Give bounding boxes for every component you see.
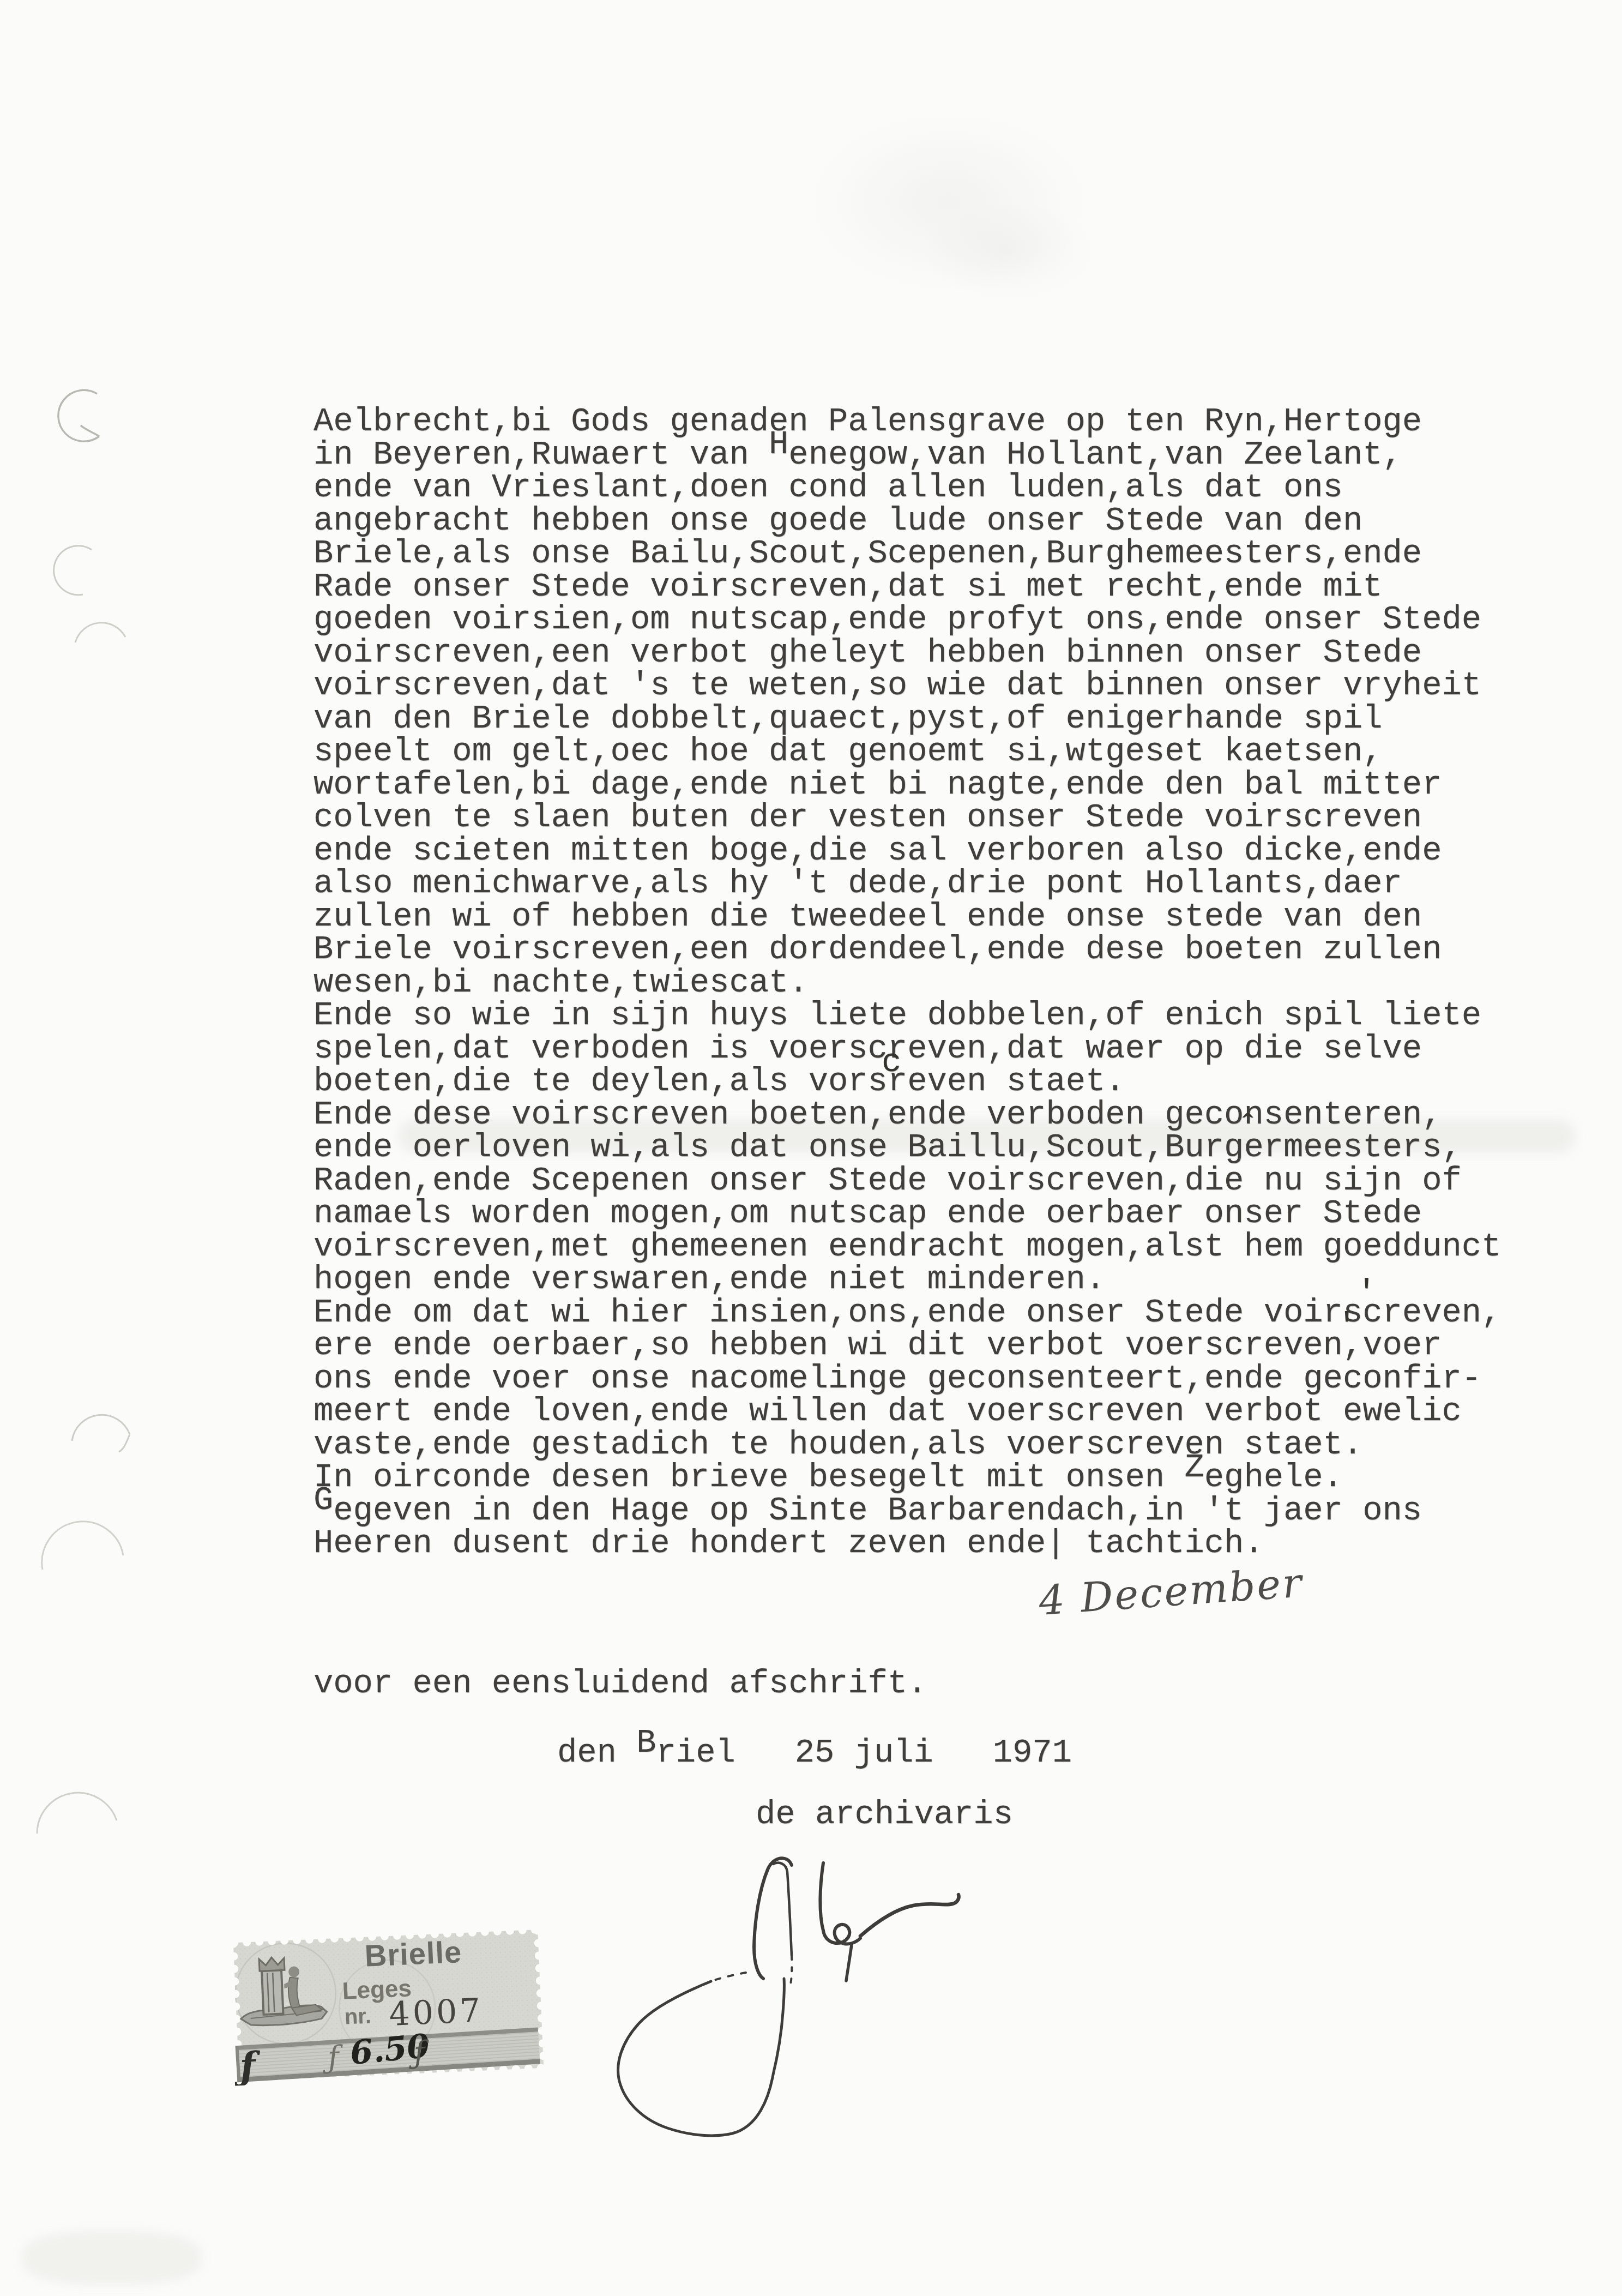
letter-line: Rade onser Stede voirscreven,dat si met …: [313, 571, 1501, 604]
letter-line: voirscreven,met ghemeenen eendracht moge…: [313, 1231, 1501, 1264]
letter-line: Raden,ende Scepenen onser Stede voirscre…: [313, 1165, 1501, 1198]
letter-line: wortafelen,bi dage,ende niet bi nagte,en…: [313, 769, 1501, 802]
letter-line: also menichwarve,als hy 't dede,drie pon…: [313, 868, 1501, 901]
letter-line: Ende dese voirscreven boeten,ende verbod…: [313, 1099, 1501, 1132]
letter-line: zullen wi of hebben die tweedeel ende on…: [313, 901, 1501, 934]
letter-line: Heeren dusent drie hondert zeven ende| t…: [313, 1528, 1501, 1561]
letter-line: Briele voirscreven,een dordendeel,ende d…: [313, 934, 1501, 967]
attestation-line: voor een eensluidend afschrift.: [313, 1668, 927, 1701]
letter-line: colven te slaen buten der vesten onser S…: [313, 802, 1501, 835]
letter-line: ende oerloven wi,als dat onse Baillu,Sco…: [313, 1132, 1501, 1165]
letter-line: hogen ende verswaren,ende niet minderen.: [313, 1264, 1501, 1297]
letter-line: meert ende loven,ende willen dat voerscr…: [313, 1396, 1501, 1429]
signature: [600, 1838, 981, 2165]
letter-line: in Beyeren,Ruwaert van Henegow,van Holla…: [313, 439, 1501, 472]
letter-line: angebracht hebben onse goede lude onser …: [313, 505, 1501, 538]
letter-line: Aelbrecht,bi Gods genaden Palensgrave op…: [313, 406, 1501, 439]
letter-line: Briele,als onse Bailu,Scout,Scepenen,Bur…: [313, 538, 1501, 571]
letter-line: goeden voirsien,om nutscap,ende profyt o…: [313, 604, 1501, 637]
document-sheet: Aelbrecht,bi Gods genaden Palensgrave op…: [0, 0, 1622, 2296]
letter-line: ons ende voer onse nacomelinge geconsent…: [313, 1363, 1501, 1396]
letter-line: voirscreven,een verbot gheleyt hebben bi…: [313, 637, 1501, 670]
letter-line: ere ende oerbaer,so hebben wi dit verbot…: [313, 1330, 1501, 1363]
letter-line: In oirconde desen brieve besegelt mit on…: [313, 1462, 1501, 1495]
letter-body: Aelbrecht,bi Gods genaden Palensgrave op…: [313, 406, 1501, 1561]
letter-line: boeten,die te deylen,als vorscreven stae…: [313, 1066, 1501, 1099]
letter-line: Ende so wie in sijn huys liete dobbelen,…: [313, 1000, 1501, 1033]
scan-smudge: [22, 2231, 202, 2285]
letter-line: ende van Vrieslant,doen cond allen luden…: [313, 472, 1501, 505]
stamp-city: Brielle: [364, 1934, 463, 1973]
letter-line: ende scieten mitten boge,die sal verbore…: [313, 835, 1501, 868]
stamp-number-label: nr.: [344, 2004, 372, 2029]
signatory-title: de archivaris: [756, 1799, 1013, 1832]
place-date-line: den Briel 25 juli 1971: [557, 1737, 1072, 1770]
letter-line: speelt om gelt,oec hoe dat genoemt si,wt…: [313, 736, 1501, 769]
letter-line: voirscreven,dat 's te weten,so wie dat b…: [313, 670, 1501, 703]
scan-smudge: [752, 76, 1145, 327]
letter-line: Ende om dat wi hier insien,ons,ende onse…: [313, 1297, 1501, 1330]
letter-line: vaste,ende gestadich te houden,als voers…: [313, 1429, 1501, 1462]
scan-smudge: [883, 180, 1134, 322]
handwritten-date-note: 4 December: [1038, 1559, 1305, 1625]
leges-stamp: Brielle Leges nr. 4007 ƒ 6.50 ƒ ƒ: [228, 1925, 548, 2086]
letter-line: van den Briele dobbelt,quaect,pyst,of en…: [313, 703, 1501, 736]
stamp-number: 4007: [388, 1991, 484, 2033]
letter-line: wesen,bi nachte,twiescat.: [313, 967, 1501, 1000]
letter-line: spelen,dat verboden is voerscreven,dat w…: [313, 1033, 1501, 1066]
leges-stamp-graphic: Brielle Leges nr. 4007 ƒ 6.50 ƒ ƒ: [228, 1925, 548, 2086]
letter-line: namaels worden mogen,om nutscap ende oer…: [313, 1198, 1501, 1231]
letter-line: Gegeven in den Hage op Sinte Barbarendac…: [313, 1495, 1501, 1528]
